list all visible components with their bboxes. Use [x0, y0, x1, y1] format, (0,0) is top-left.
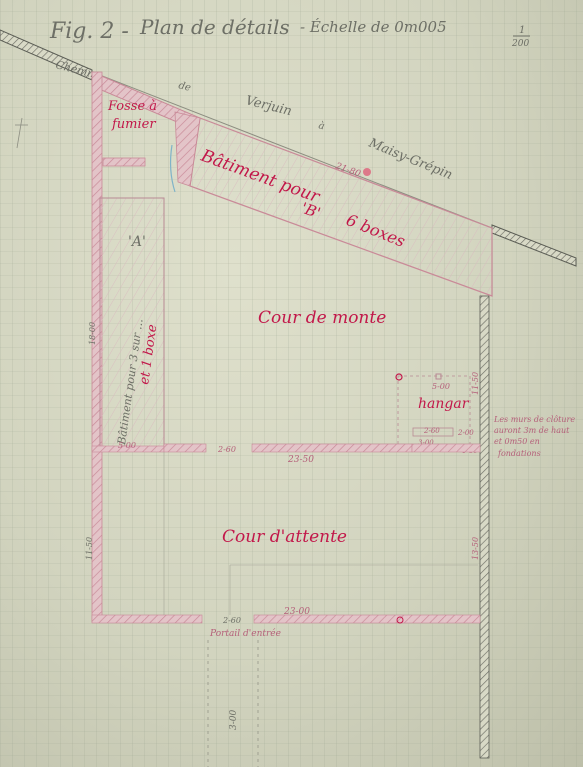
wall-note-line3: et 0m50 en — [494, 437, 540, 446]
wall-note: Les murs de clôture auront 3m de haut et… — [493, 415, 575, 458]
scale-fraction-numerator: 1 — [519, 25, 525, 36]
dim-hangar-side: 2-00 — [457, 429, 474, 437]
fosse-label-line2: fumier — [111, 117, 156, 132]
bottom-wall: 2-60 23-00 Portail d'entrée — [92, 607, 480, 639]
dim-hangar-inner: 2-60 — [423, 427, 440, 435]
road-a-text: à — [317, 120, 325, 132]
cour-attente-label: Cour d'attente — [222, 527, 347, 547]
plan-drawing: Fig. 2 - Plan de détails - Échelle de 0m… — [0, 0, 583, 767]
wall-note-line4: fondations — [497, 449, 541, 458]
road-from-text: Verjuin — [244, 93, 293, 119]
dim-bottom-wall: 23-00 — [283, 607, 310, 617]
cour-de-monte-label: Cour de monte — [258, 308, 386, 328]
dim-right-upper: 11-50 — [471, 372, 480, 395]
scale-label: - Échelle de 0m005 — [300, 18, 447, 36]
figure-title: Fig. 2 - Plan de détails - Échelle de 0m… — [49, 15, 530, 49]
hangar: 5-00 hangar 2-60 2-00 3-00 1-80 — [396, 374, 478, 455]
dim-left-lower: 11-50 — [85, 537, 94, 560]
dim-hangar-top: 5-00 — [432, 382, 450, 391]
portail-entree-label: Portail d'entrée — [209, 628, 281, 639]
scale-fraction-denominator: 200 — [511, 39, 529, 49]
right-wall — [480, 296, 489, 758]
dim-front-wall: 23-50 — [287, 455, 314, 465]
batiment-a-tag: 'A' — [128, 234, 146, 250]
figure-number: Fig. 2 - — [49, 19, 129, 44]
dim-right-lower: 13-50 — [471, 537, 480, 560]
road-de-text: de — [177, 80, 192, 94]
dim-a-height: 18-00 — [88, 322, 97, 345]
dim-bottom-vertical: 3-00 — [229, 710, 239, 730]
wall-note-line2: auront 3m de haut — [494, 426, 570, 435]
dim-a-width: 5-00 — [118, 441, 136, 450]
wall-note-line1: Les murs de clôture — [493, 415, 575, 424]
fosse-label-line1: Fosse à — [107, 99, 157, 114]
road-to-text: Maisy-Grépin — [366, 135, 455, 183]
plan-title: Plan de détails — [139, 15, 290, 39]
dim-bottom-gap: 2-60 — [222, 616, 241, 625]
hangar-label: hangar — [418, 396, 470, 412]
dim-gap-1: 2-60 — [217, 445, 236, 454]
